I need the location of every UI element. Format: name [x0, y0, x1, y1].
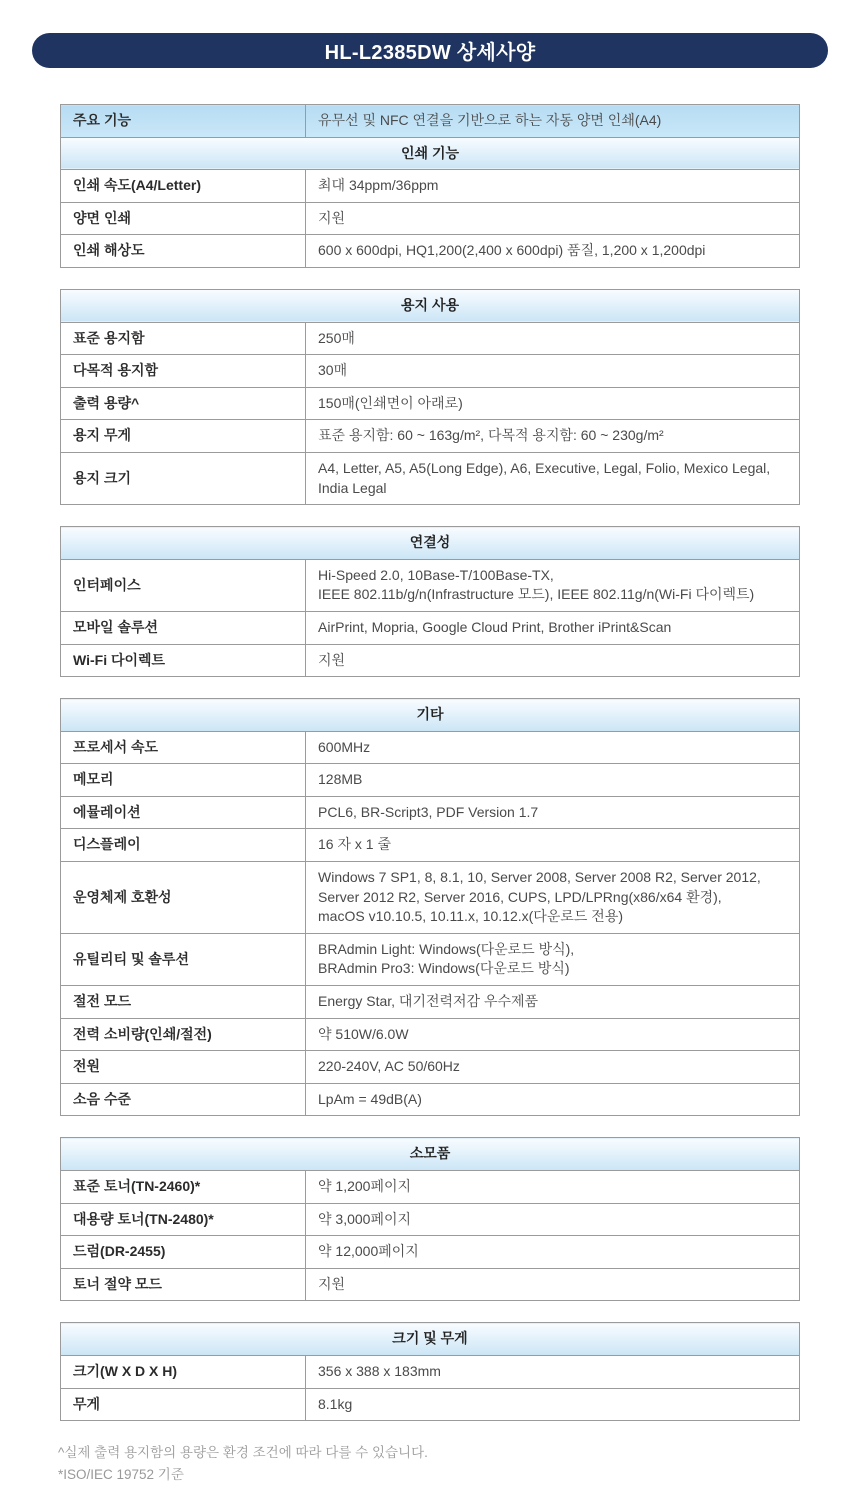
spec-value: LpAm = 49dB(A)	[306, 1083, 800, 1116]
table-row: 메모리128MB	[61, 764, 800, 797]
spec-label: 인터페이스	[61, 559, 306, 611]
spec-value: 지원	[306, 644, 800, 677]
spec-value: A4, Letter, A5, A5(Long Edge), A6, Execu…	[306, 452, 800, 504]
table-row: 인터페이스Hi-Speed 2.0, 10Base-T/100Base-TX, …	[61, 559, 800, 611]
spec-value: 128MB	[306, 764, 800, 797]
table-row: 인쇄 해상도600 x 600dpi, HQ1,200(2,400 x 600d…	[61, 235, 800, 268]
spec-value: 8.1kg	[306, 1388, 800, 1421]
section-header-row: 기타	[61, 699, 800, 732]
footnote-iso-standard: *ISO/IEC 19752 기준	[58, 1464, 860, 1486]
spec-label: 절전 모드	[61, 986, 306, 1019]
table-row: 토너 절약 모드지원	[61, 1268, 800, 1301]
spec-sheet-page: HL-L2385DW 상세사양 주요 기능유무선 및 NFC 연결을 기반으로 …	[0, 0, 860, 1496]
spec-value: AirPrint, Mopria, Google Cloud Print, Br…	[306, 611, 800, 644]
spec-value: 최대 34ppm/36ppm	[306, 170, 800, 203]
spec-label: 크기(W X D X H)	[61, 1355, 306, 1388]
spec-table-1: 용지 사용표준 용지함250매다목적 용지함30매출력 용량^150매(인쇄면이…	[60, 289, 800, 505]
spec-label: 출력 용량^	[61, 387, 306, 420]
spec-value: 250매	[306, 322, 800, 355]
spec-tables: 주요 기능유무선 및 NFC 연결을 기반으로 하는 자동 양면 인쇄(A4)인…	[60, 104, 800, 1421]
spec-label: 토너 절약 모드	[61, 1268, 306, 1301]
spec-label: 인쇄 속도(A4/Letter)	[61, 170, 306, 203]
table-row: 표준 토너(TN-2460)*약 1,200페이지	[61, 1171, 800, 1204]
table-row: 출력 용량^150매(인쇄면이 아래로)	[61, 387, 800, 420]
section-header: 연결성	[61, 527, 800, 560]
spec-label: 다목적 용지함	[61, 355, 306, 388]
spec-label: 용지 크기	[61, 452, 306, 504]
spec-label: 표준 토너(TN-2460)*	[61, 1171, 306, 1204]
spec-label: 프로세서 속도	[61, 731, 306, 764]
spec-table-2: 연결성인터페이스Hi-Speed 2.0, 10Base-T/100Base-T…	[60, 526, 800, 677]
spec-value: 약 12,000페이지	[306, 1236, 800, 1269]
section-header-row: 인쇄 기능	[61, 137, 800, 170]
spec-label: 드럼(DR-2455)	[61, 1236, 306, 1269]
spec-value: 356 x 388 x 183mm	[306, 1355, 800, 1388]
table-row: 크기(W X D X H)356 x 388 x 183mm	[61, 1355, 800, 1388]
spec-label: 주요 기능	[61, 105, 306, 138]
table-row: 소음 수준LpAm = 49dB(A)	[61, 1083, 800, 1116]
table-row: 용지 크기A4, Letter, A5, A5(Long Edge), A6, …	[61, 452, 800, 504]
table-row: 디스플레이16 자 x 1 줄	[61, 829, 800, 862]
spec-label: 운영체제 호환성	[61, 862, 306, 934]
spec-value: 16 자 x 1 줄	[306, 829, 800, 862]
spec-value: 220-240V, AC 50/60Hz	[306, 1051, 800, 1084]
spec-table-3: 기타프로세서 속도600MHz메모리128MB에뮬레이션PCL6, BR-Scr…	[60, 698, 800, 1116]
table-row: Wi-Fi 다이렉트지원	[61, 644, 800, 677]
spec-value: 약 3,000페이지	[306, 1203, 800, 1236]
spec-label: 양면 인쇄	[61, 202, 306, 235]
table-row: 프로세서 속도600MHz	[61, 731, 800, 764]
table-row: 무게8.1kg	[61, 1388, 800, 1421]
section-header: 용지 사용	[61, 289, 800, 322]
section-header: 크기 및 무게	[61, 1323, 800, 1356]
section-header-row: 연결성	[61, 527, 800, 560]
spec-label: 소음 수준	[61, 1083, 306, 1116]
spec-value: 150매(인쇄면이 아래로)	[306, 387, 800, 420]
spec-value: 약 1,200페이지	[306, 1171, 800, 1204]
spec-label: 메모리	[61, 764, 306, 797]
section-header: 인쇄 기능	[61, 137, 800, 170]
spec-value: PCL6, BR-Script3, PDF Version 1.7	[306, 796, 800, 829]
table-row: 양면 인쇄지원	[61, 202, 800, 235]
table-row: 전력 소비량(인쇄/절전)약 510W/6.0W	[61, 1018, 800, 1051]
table-row: 모바일 솔루션AirPrint, Mopria, Google Cloud Pr…	[61, 611, 800, 644]
page-title: HL-L2385DW 상세사양	[325, 36, 536, 65]
spec-value: 약 510W/6.0W	[306, 1018, 800, 1051]
spec-table-4: 소모품표준 토너(TN-2460)*약 1,200페이지대용량 토너(TN-24…	[60, 1137, 800, 1301]
spec-label: Wi-Fi 다이렉트	[61, 644, 306, 677]
spec-value: 30매	[306, 355, 800, 388]
spec-label: 전원	[61, 1051, 306, 1084]
table-row: 주요 기능유무선 및 NFC 연결을 기반으로 하는 자동 양면 인쇄(A4)	[61, 105, 800, 138]
title-bar: HL-L2385DW 상세사양	[32, 33, 828, 68]
spec-value: Windows 7 SP1, 8, 8.1, 10, Server 2008, …	[306, 862, 800, 934]
section-header-row: 소모품	[61, 1138, 800, 1171]
spec-label: 모바일 솔루션	[61, 611, 306, 644]
footnote-output-capacity: ^실제 출력 용지함의 용량은 환경 조건에 따라 다를 수 있습니다.	[58, 1442, 860, 1464]
footnotes: ^실제 출력 용지함의 용량은 환경 조건에 따라 다를 수 있습니다. *IS…	[58, 1442, 860, 1487]
table-row: 대용량 토너(TN-2480)*약 3,000페이지	[61, 1203, 800, 1236]
spec-label: 인쇄 해상도	[61, 235, 306, 268]
section-header: 소모품	[61, 1138, 800, 1171]
table-row: 절전 모드Energy Star, 대기전력저감 우수제품	[61, 986, 800, 1019]
spec-label: 대용량 토너(TN-2480)*	[61, 1203, 306, 1236]
table-row: 에뮬레이션PCL6, BR-Script3, PDF Version 1.7	[61, 796, 800, 829]
spec-value: Energy Star, 대기전력저감 우수제품	[306, 986, 800, 1019]
spec-value: 지원	[306, 1268, 800, 1301]
table-row: 다목적 용지함30매	[61, 355, 800, 388]
spec-table-0: 주요 기능유무선 및 NFC 연결을 기반으로 하는 자동 양면 인쇄(A4)인…	[60, 104, 800, 268]
spec-label: 용지 무게	[61, 420, 306, 453]
spec-value: Hi-Speed 2.0, 10Base-T/100Base-TX, IEEE …	[306, 559, 800, 611]
table-row: 운영체제 호환성Windows 7 SP1, 8, 8.1, 10, Serve…	[61, 862, 800, 934]
spec-label: 디스플레이	[61, 829, 306, 862]
spec-table-5: 크기 및 무게크기(W X D X H)356 x 388 x 183mm무게8…	[60, 1322, 800, 1421]
table-row: 드럼(DR-2455)약 12,000페이지	[61, 1236, 800, 1269]
spec-value: 600 x 600dpi, HQ1,200(2,400 x 600dpi) 품질…	[306, 235, 800, 268]
spec-value: BRAdmin Light: Windows(다운로드 방식), BRAdmin…	[306, 933, 800, 985]
section-header: 기타	[61, 699, 800, 732]
spec-value: 600MHz	[306, 731, 800, 764]
table-row: 전원220-240V, AC 50/60Hz	[61, 1051, 800, 1084]
spec-value: 지원	[306, 202, 800, 235]
table-row: 용지 무게표준 용지함: 60 ~ 163g/m², 다목적 용지함: 60 ~…	[61, 420, 800, 453]
table-row: 인쇄 속도(A4/Letter)최대 34ppm/36ppm	[61, 170, 800, 203]
section-header-row: 용지 사용	[61, 289, 800, 322]
spec-label: 에뮬레이션	[61, 796, 306, 829]
spec-value: 유무선 및 NFC 연결을 기반으로 하는 자동 양면 인쇄(A4)	[306, 105, 800, 138]
section-header-row: 크기 및 무게	[61, 1323, 800, 1356]
table-row: 유틸리티 및 솔루션BRAdmin Light: Windows(다운로드 방식…	[61, 933, 800, 985]
spec-label: 전력 소비량(인쇄/절전)	[61, 1018, 306, 1051]
spec-value: 표준 용지함: 60 ~ 163g/m², 다목적 용지함: 60 ~ 230g…	[306, 420, 800, 453]
spec-label: 무게	[61, 1388, 306, 1421]
spec-label: 표준 용지함	[61, 322, 306, 355]
spec-label: 유틸리티 및 솔루션	[61, 933, 306, 985]
table-row: 표준 용지함250매	[61, 322, 800, 355]
